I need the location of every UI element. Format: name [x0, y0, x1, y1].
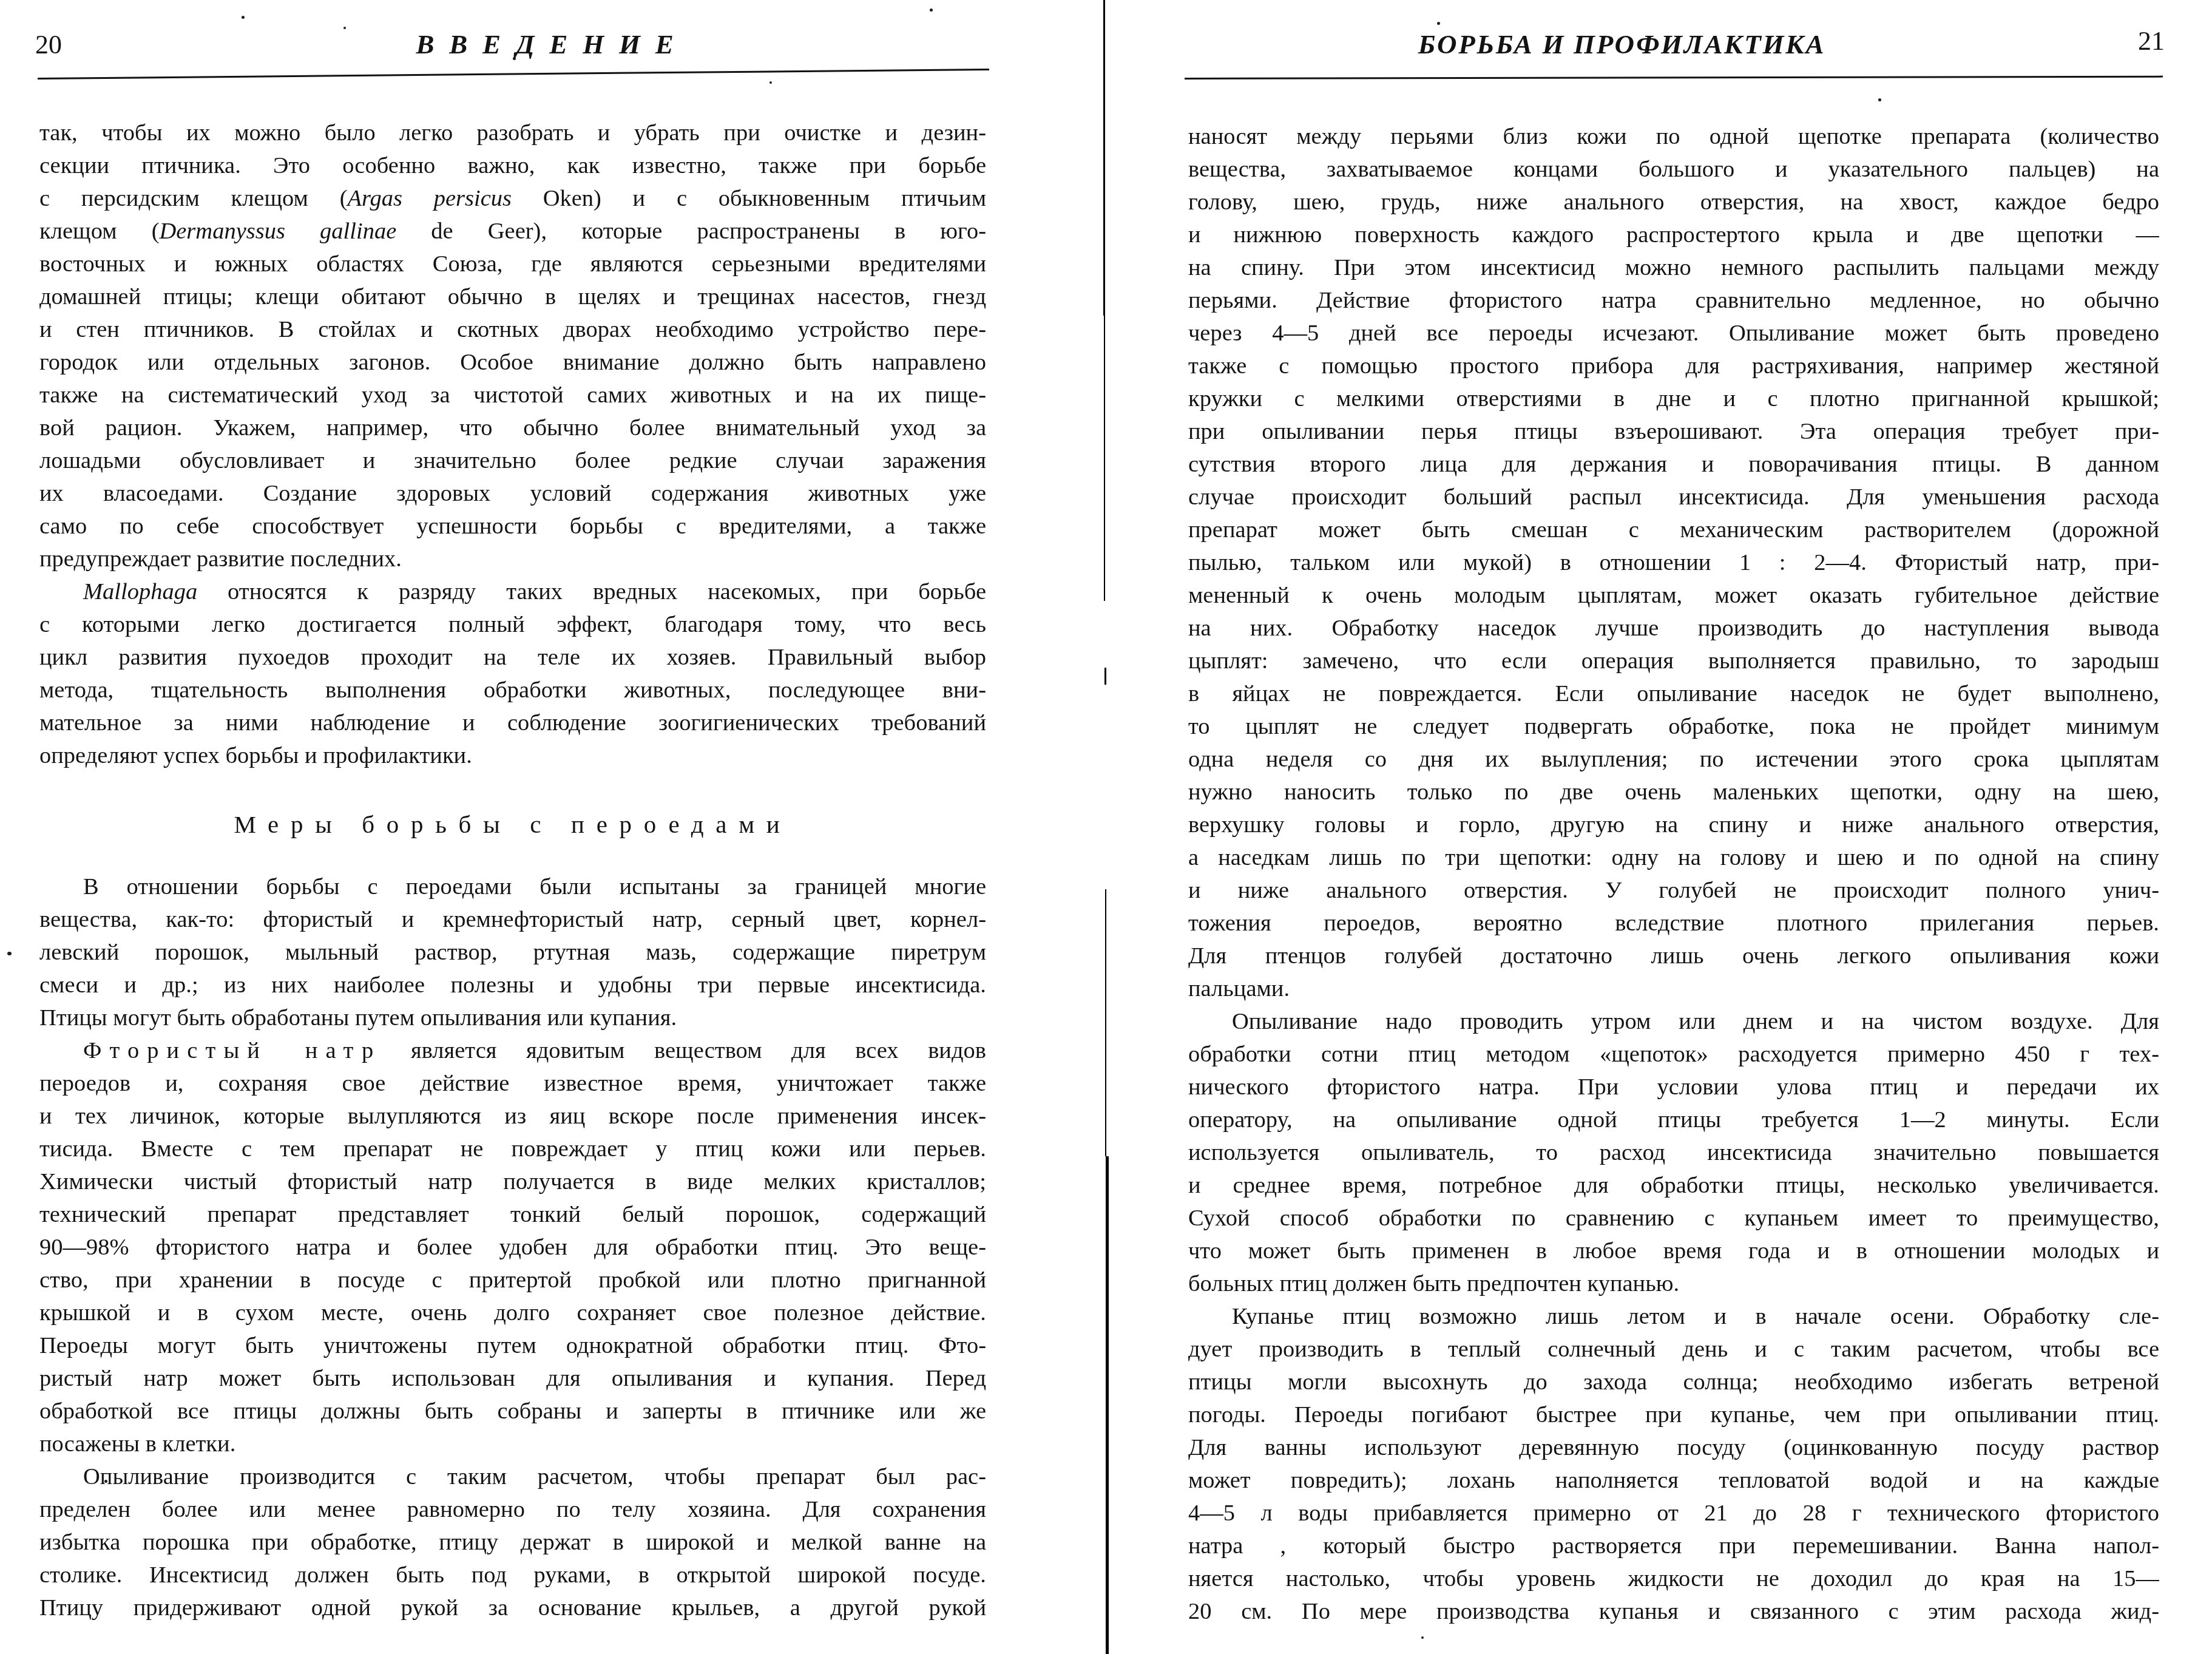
text-line: крышкой и в сухом месте, очень долго сох…	[39, 1296, 986, 1329]
emphasized-term: Фтористый натр	[83, 1038, 381, 1063]
text-line: Птицу придерживают одной рукой за основа…	[39, 1591, 986, 1624]
text-line: Купанье птиц возможно лишь летом и в нач…	[1188, 1300, 2159, 1333]
text-line: обработкой все птицы должны быть собраны…	[39, 1395, 986, 1428]
text-line: вещества, как-то: фтористый и кремнефтор…	[39, 903, 986, 936]
text-line: через 4—5 дней все пероеды исчезают. Опы…	[1188, 317, 2159, 350]
text-line: используется опыливатель, то расход инсе…	[1188, 1136, 2159, 1169]
text-line: цыплят: замечено, что если операция выпо…	[1188, 645, 2159, 677]
ink-speck	[1878, 98, 1881, 101]
text-line: ство, при хранении в посуде с притертой …	[39, 1264, 986, 1296]
text-run: Oken) и с обыкновенным птичьим	[512, 186, 986, 211]
text-line: Химически чистый фтористый натр получает…	[39, 1165, 986, 1198]
gutter-line	[1105, 889, 1106, 1156]
text-line: наносят между перьями близ кожи по одной…	[1188, 120, 2159, 153]
text-line: и нижнюю поверхность каждого распростерт…	[1188, 219, 2159, 251]
text-line: дует производить в теплый солнечный день…	[1188, 1333, 2159, 1366]
text-line: мененный к очень молодым цыплятам, может…	[1188, 579, 2159, 612]
text-line: городок или отдельных загонов. Особое вн…	[39, 346, 986, 379]
text-line: птицы могли высохнуть до захода солнца; …	[1188, 1366, 2159, 1398]
text-line: Опыливание надо проводить утром или днем…	[1188, 1005, 2159, 1038]
gutter-line	[1103, 0, 1105, 316]
section-heading: Меры борьбы с пероедами	[39, 807, 986, 841]
text-line: погоды. Пероеды погибают быстрее при куп…	[1188, 1398, 2159, 1431]
text-line: сутствия второго лица для держания и пов…	[1188, 448, 2159, 481]
text-line: вой рацион. Укажем, например, что обычно…	[39, 412, 986, 444]
text-run: относятся к разряду таких вредных насеко…	[197, 579, 986, 605]
text-line: Для птенцов голубей достаточно лишь очен…	[1188, 940, 2159, 972]
ink-speck	[104, 1480, 107, 1483]
text-line: верхушку головы и горло, другую на спину…	[1188, 808, 2159, 841]
text-line: также на систематический уход за чистото…	[39, 379, 986, 412]
text-line: на спину. При этом инсектисид можно немн…	[1188, 251, 2159, 284]
text-line: тожения пероедов, вероятно вследствие пл…	[1188, 907, 2159, 940]
ink-speck	[7, 952, 12, 955]
text-line: ристый натр может быть использован для о…	[39, 1362, 986, 1395]
ink-speck	[2077, 236, 2080, 239]
text-line: Опыливание производится с таким расчетом…	[39, 1460, 986, 1493]
text-line: пределен более или менее равномерно по т…	[39, 1493, 986, 1526]
text-line: столике. Инсектисид должен быть под рука…	[39, 1559, 986, 1591]
text-line: больных птиц должен быть предпочтен купа…	[1188, 1267, 2159, 1300]
gutter-line	[1104, 668, 1106, 685]
text-line: при опыливании перья птицы взъерошивают.…	[1188, 415, 2159, 448]
text-line: секции птичника. Это особенно важно, как…	[39, 149, 986, 182]
latin-term: Dermanyssus gallinae	[159, 219, 396, 244]
text-line: избытка порошка при обработке, птицу дер…	[39, 1526, 986, 1559]
gutter-line	[1104, 316, 1105, 601]
text-line: восточных и южных областях Союза, где яв…	[39, 248, 986, 280]
text-line: и стен птичников. В стойлах и скотных дв…	[39, 313, 986, 346]
text-line: пероедов и, сохраняя свое действие извес…	[39, 1067, 986, 1100]
text-line: нужно наносить только по две очень мален…	[1188, 776, 2159, 808]
page-21: 21 БОРЬБА И ПРОФИЛАКТИКА наносят между п…	[1104, 0, 2212, 1654]
ink-speck	[513, 57, 516, 60]
text-line: само по себе способствует успешности бор…	[39, 510, 986, 543]
text-line: пылью, тальком или мукой) в отношении 1 …	[1188, 546, 2159, 579]
text-line: случае происходит больший распыл инсекти…	[1188, 481, 2159, 513]
text-line: одна неделя со дня их вылупления; по ист…	[1188, 743, 2159, 776]
running-head-left: ВВЕДЕНИЕ	[0, 29, 1104, 59]
text-line: метода, тщательность выполнения обработк…	[39, 674, 986, 707]
ink-speck	[343, 27, 346, 29]
text-line: Mallophaga относятся к разряду таких вре…	[39, 575, 986, 608]
text-line: кружки с мелкими отверстиями в дне и с п…	[1188, 382, 2159, 415]
ink-speck	[242, 16, 245, 19]
running-head-right: БОРЬБА И ПРОФИЛАКТИКА	[1104, 29, 2212, 59]
text-run: клещом (	[39, 219, 159, 244]
text-line: с которыми легко достигается полный эффе…	[39, 608, 986, 641]
text-line: также с помощью простого прибора для рас…	[1188, 350, 2159, 382]
text-line: препарат может быть смешан с механически…	[1188, 513, 2159, 546]
ink-speck	[1437, 22, 1440, 25]
text-line: предупреждает развитие последних.	[39, 543, 986, 575]
text-run: является ядовитым веществом для всех вид…	[381, 1038, 986, 1063]
ink-speck	[930, 8, 933, 12]
text-line: пальцами.	[1188, 972, 2159, 1005]
text-line: на них. Обработку наседок лучше производ…	[1188, 612, 2159, 645]
text-line: смеси и др.; из них наиболее полезны и у…	[39, 969, 986, 1002]
book-spread: 20 ВВЕДЕНИЕ так, чтобы их можно было лег…	[0, 0, 2212, 1654]
text-line: голову, шею, грудь, ниже анального отвер…	[1188, 186, 2159, 219]
text-line: их власоедами. Создание здоровых условий…	[39, 477, 986, 510]
text-line: 4—5 л воды прибавляется примерно от 21 д…	[1188, 1497, 2159, 1530]
text-line: клещом (Dermanyssus gallinae de Geer), к…	[39, 215, 986, 248]
text-line: 90—98% фтористого натра и более удобен д…	[39, 1231, 986, 1264]
text-line: Птицы могут быть обработаны путем опылив…	[39, 1002, 986, 1034]
text-line: левский порошок, мыльный раствор, ртутна…	[39, 936, 986, 969]
text-line: Пероеды могут быть уничтожены путем одно…	[39, 1329, 986, 1362]
text-line: мательное за ними наблюдение и соблюдени…	[39, 707, 986, 739]
text-run: de Geer), которые распространены в юго-	[396, 219, 986, 244]
text-line: а наседкам лишь по три щепотки: одну на …	[1188, 841, 2159, 874]
ink-speck	[1795, 45, 1798, 47]
text-line: перьями. Действие фтористого натра сравн…	[1188, 284, 2159, 317]
page-body-right: наносят между перьями близ кожи по одной…	[1188, 120, 2159, 1628]
text-line: лошадьми обусловливает и значительно бол…	[39, 444, 986, 477]
text-line: посажены в клетки.	[39, 1428, 986, 1460]
page-body-left: так, чтобы их можно было легко разобрать…	[39, 117, 986, 1624]
text-line: определяют успех борьбы и профилактики.	[39, 739, 986, 772]
ink-speck	[769, 81, 772, 84]
text-line: нического фтористого натра. При условии …	[1188, 1071, 2159, 1103]
text-line: няется настолько, чтобы уровень жидкости…	[1188, 1562, 2159, 1595]
text-line: может повредить); лохань наполняется теп…	[1188, 1464, 2159, 1497]
text-line: так, чтобы их можно было легко разобрать…	[39, 117, 986, 149]
latin-term: Argas persicus	[347, 186, 512, 211]
text-line: с персидским клещом (Argas persicus Oken…	[39, 182, 986, 215]
text-line: цикл развития пухоедов проходит на теле …	[39, 641, 986, 674]
text-line: и ниже анального отверстия. У голубей не…	[1188, 874, 2159, 907]
gutter-line	[1106, 1156, 1109, 1654]
text-line: Фтористый натр является ядовитым веществ…	[39, 1034, 986, 1067]
text-line: домашней птицы; клещи обитают обычно в щ…	[39, 280, 986, 313]
text-line: в яйцах не повреждается. Если опыливание…	[1188, 677, 2159, 710]
text-line: В отношении борьбы с пероедами были испы…	[39, 870, 986, 903]
ink-speck	[1421, 1636, 1424, 1639]
text-line: Для ванны используют деревянную посуду (…	[1188, 1431, 2159, 1464]
text-line: то цыплят не следует подвергать обработк…	[1188, 710, 2159, 743]
header-rule-left	[38, 69, 989, 80]
header-rule-right	[1185, 76, 2163, 80]
text-line: 20 см. По мере производства купанья и св…	[1188, 1595, 2159, 1628]
text-line: оператору, на опыливание одной птицы тре…	[1188, 1103, 2159, 1136]
latin-term: Mallophaga	[83, 579, 197, 605]
text-line: вещества, захватываемое концами большого…	[1188, 153, 2159, 186]
text-line: тисида. Вместе с тем препарат не поврежд…	[39, 1133, 986, 1165]
text-line: и среднее время, потребное для обработки…	[1188, 1169, 2159, 1202]
text-line: натра , который быстро растворяется при …	[1188, 1530, 2159, 1562]
text-line: обработки сотни птиц методом «щепоток» р…	[1188, 1038, 2159, 1071]
text-line: что может быть применен в любое время го…	[1188, 1235, 2159, 1267]
page-20: 20 ВВЕДЕНИЕ так, чтобы их можно было лег…	[0, 0, 1104, 1654]
text-run: с персидским клещом (	[39, 186, 347, 211]
text-line: технический препарат представляет тонкий…	[39, 1198, 986, 1231]
text-line: Сухой способ обработки по сравнению с ку…	[1188, 1202, 2159, 1235]
text-line: и тех личинок, которые вылупляются из яи…	[39, 1100, 986, 1133]
